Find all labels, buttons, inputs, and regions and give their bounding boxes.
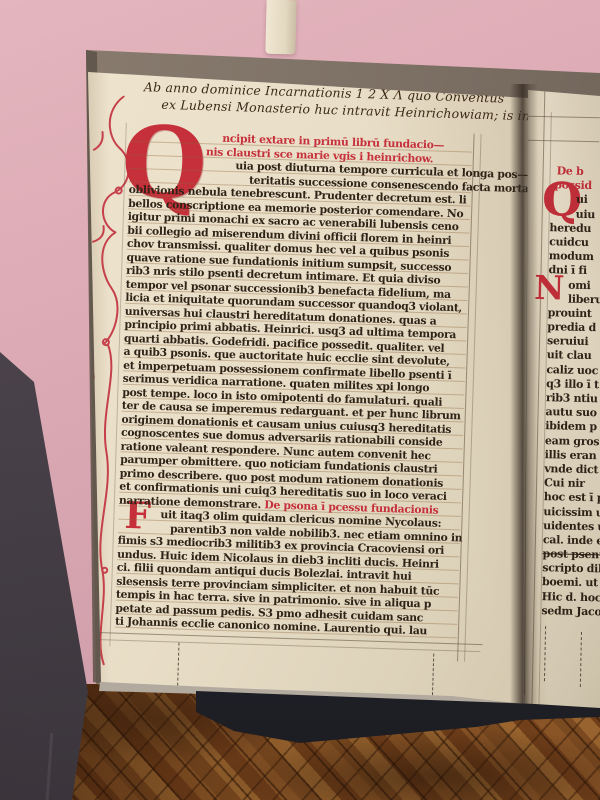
hanger-tab [265,0,296,54]
manuscript-text-line: modum [549,249,600,265]
manuscript-text-line: cal. inde el [543,533,600,549]
manuscript-text-line: q3 illo ī t [546,377,600,393]
manuscript-text-line: boemi. ut [542,576,600,592]
manuscript-text-line: rib3 ntiu [546,391,600,407]
manuscript-text-line: predia d [547,320,600,336]
manuscript-text-line: uiu [550,207,600,223]
ruling-tick [580,632,583,687]
manuscript-text-block: ncipit extare in primū librū fundacio— n… [115,129,473,639]
ruling-tick [544,626,547,681]
manuscript-text-line: Cui nir [544,476,600,492]
manuscript-text-line: hoc est ī p [544,490,600,506]
manuscript-text-line: heredu [549,221,600,237]
manuscript-text-line: prouint [548,306,600,322]
ruling-line [91,639,481,652]
manuscript-text-line: Hic d. hoc [542,590,600,606]
left-manuscript-page: Ab anno dominice Incarnationis 1 2 X Λ q… [84,64,530,712]
manuscript-text-line: omi [548,278,600,294]
manuscript-text-line: vnde dict [544,462,600,478]
manuscript-text-line: ui [550,193,600,209]
manuscript-text-line: caliz uoc [546,363,600,379]
photo-scene: Ab anno dominice Incarnationis 1 2 X Λ q… [0,0,600,800]
left-page-content: Ab anno dominice Incarnationis 1 2 X Λ q… [64,63,530,725]
manuscript-text-line: ibidem p [545,420,600,436]
manuscript-text-line: seruiui [547,334,600,350]
manuscript-text-line: uicissim u [543,505,600,521]
manuscript-text-line: cuidcu [549,235,600,251]
manuscript-text-line: sedm Jaco [541,604,600,620]
page-gap-shadow [510,84,538,706]
manuscript-text-line: post psent [542,547,600,563]
manuscript-text-line: uidentes u [543,519,600,535]
manuscript-text-line: autu suo [545,405,600,421]
manuscript-text-line: scripto dil [542,561,600,577]
manuscript-text-line: uit clau [547,349,600,365]
ruling-line [528,116,600,119]
manuscript-text-line: dni ī fi [548,263,600,279]
manuscript-text-line: possid [550,178,600,194]
manuscript-text-line: illis eran [545,448,600,464]
manuscript-text-line: liberu [548,292,600,308]
manuscript-text-line: eam gros [545,434,600,450]
manuscript-text-line: De b [550,164,600,180]
manuscript-text-block: De b possid ui uiu heredu cuidcu modum d… [541,164,600,619]
